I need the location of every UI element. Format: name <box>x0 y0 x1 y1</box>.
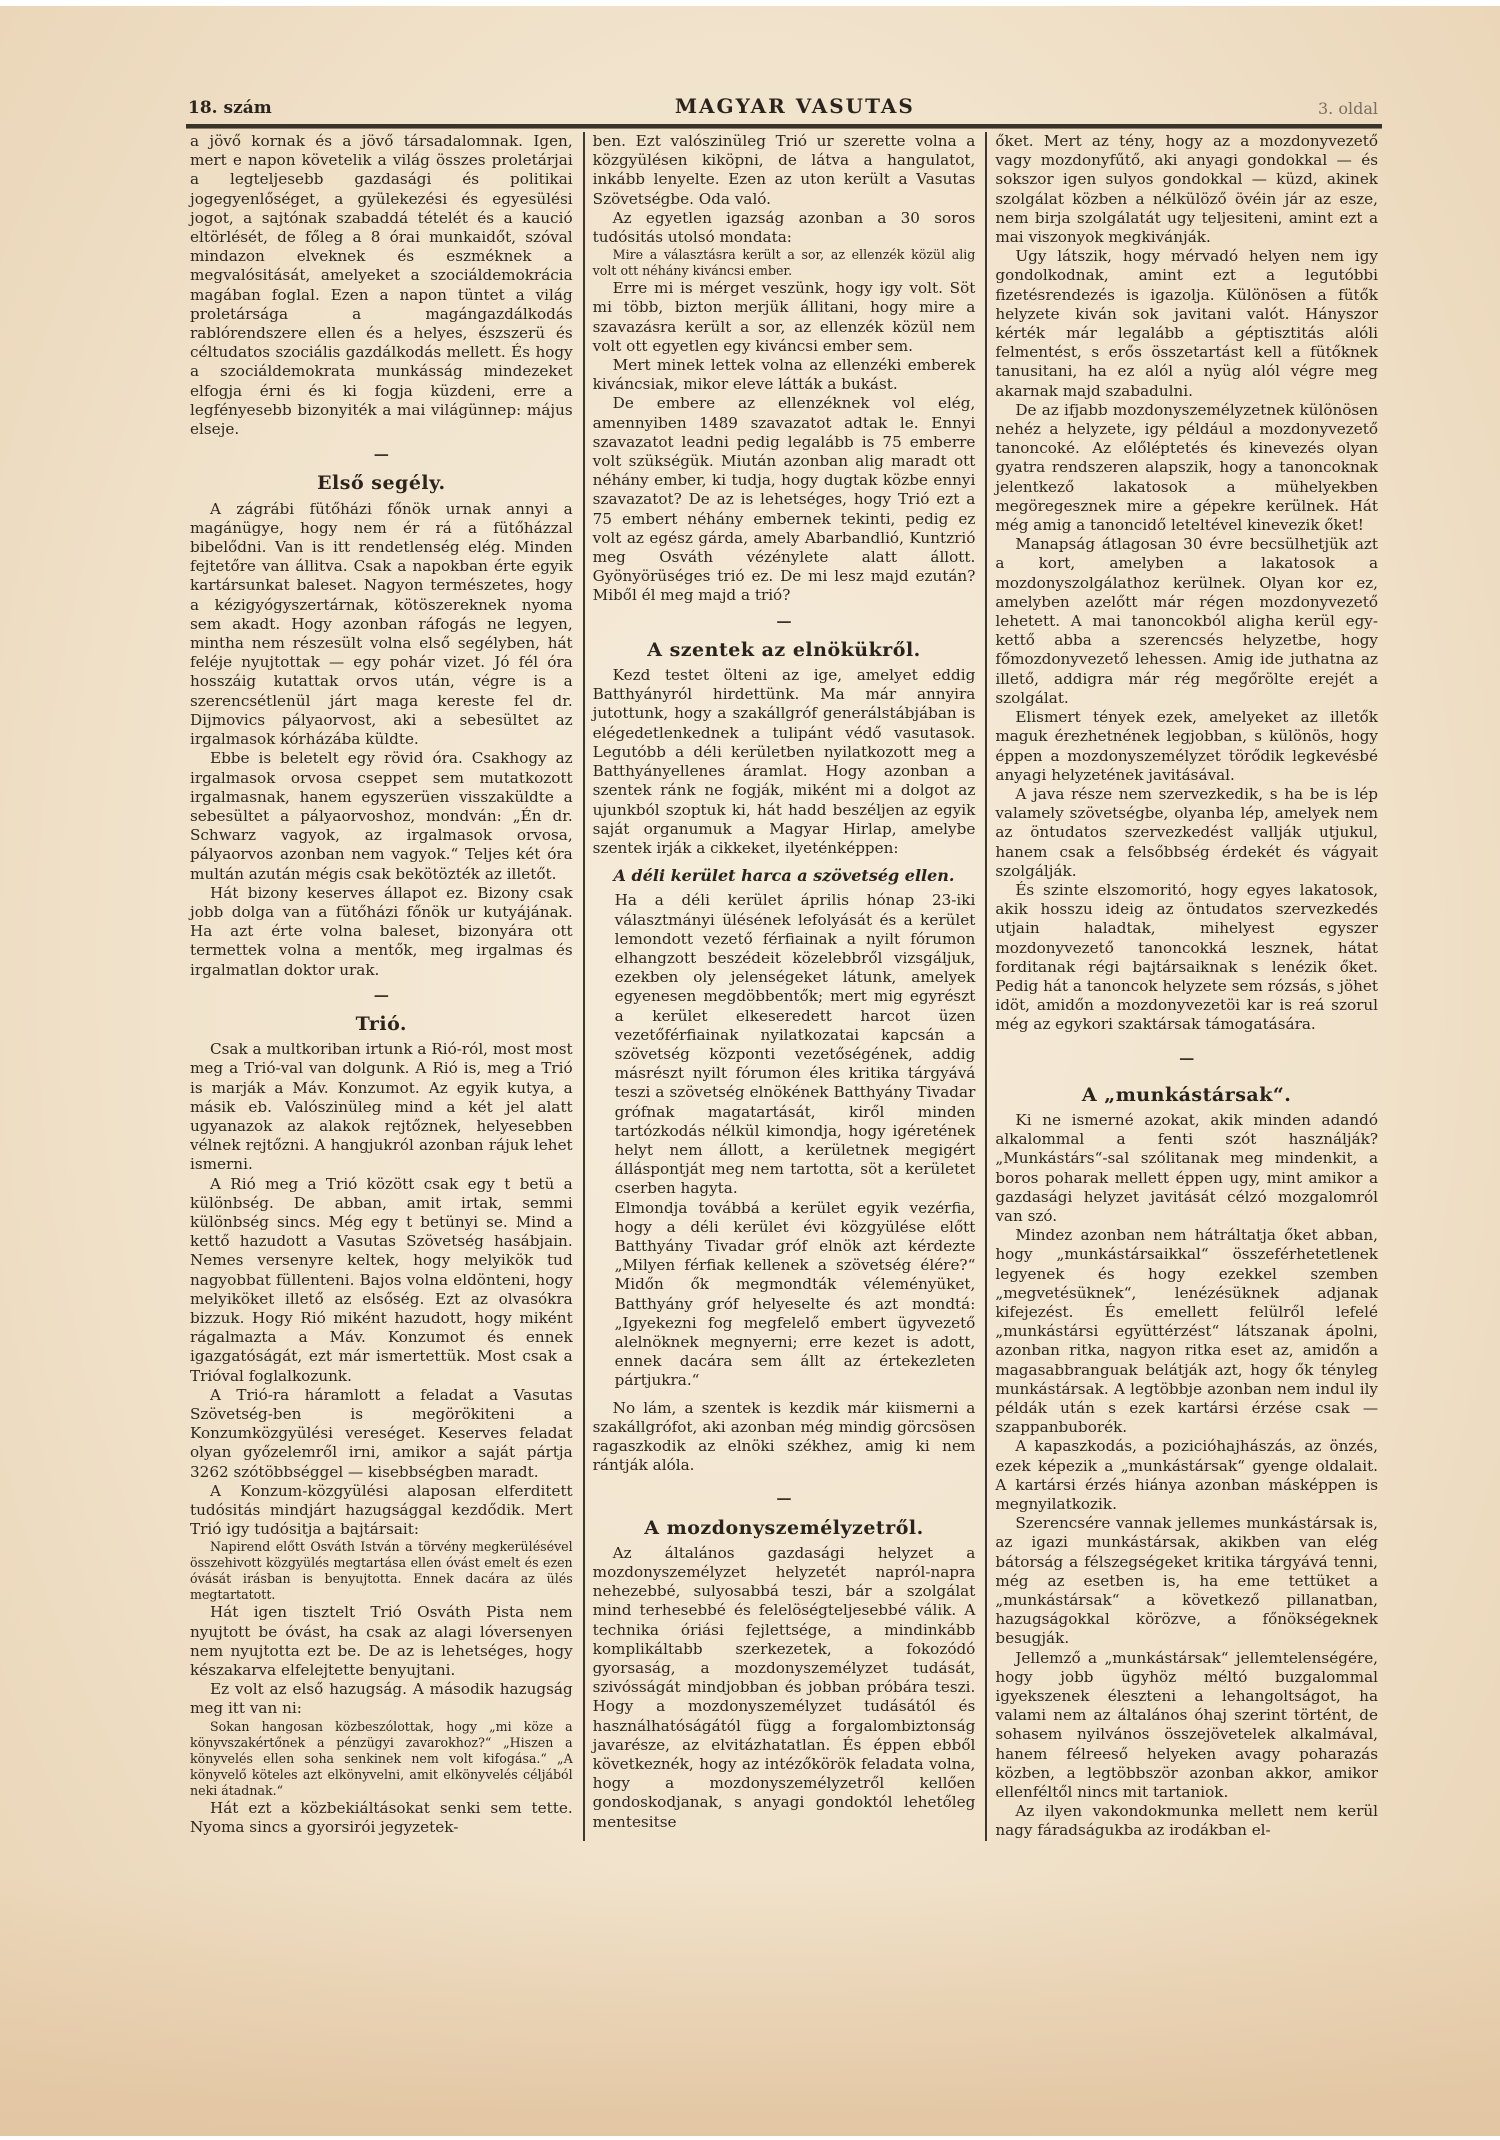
paragraph: a jövő kornak és a jövő társadalomnak. I… <box>190 132 573 439</box>
paragraph: De embere az ellenzéknek vol elég, amenn… <box>593 394 976 605</box>
paragraph: Elmondja továbbá a kerület egyik vezérfi… <box>593 1199 976 1391</box>
paragraph: Csak a multkoriban irtunk a Rió-ról, mos… <box>190 1040 573 1174</box>
paragraph: És szinte elszomoritó, hogy egyes lakato… <box>995 881 1378 1035</box>
paragraph: Mindez azonban nem hátráltatja őket abba… <box>995 1226 1378 1437</box>
section-divider: — <box>190 445 573 464</box>
section-divider: — <box>593 1489 976 1508</box>
column-left: a jövő kornak és a jövő társadalomnak. I… <box>186 132 577 1841</box>
paragraph: Az általános gazdasági helyzet a mozdony… <box>593 1544 976 1832</box>
section-title-trio: Trió. <box>190 1015 573 1034</box>
section-divider: — <box>190 986 573 1005</box>
paragraph: Hát bizony keserves állapot ez. Bizony c… <box>190 884 573 980</box>
paragraph: Az ilyen vakondokmunka mellett nem kerül… <box>995 1802 1378 1840</box>
paragraph: De az ifjabb mozdonyszemélyzetnek különö… <box>995 401 1378 535</box>
paragraph: Erre mi is mérget veszünk, hogy igy volt… <box>593 279 976 356</box>
paragraph: őket. Mert az tény, hogy az a mozdonyvez… <box>995 132 1378 247</box>
block-quote: Mire a választásra került a sor, az elle… <box>593 247 976 279</box>
paragraph: Mert minek lettek volna az ellenzéki emb… <box>593 356 976 394</box>
paragraph: A Konzum-közgyülési alaposan elferditett… <box>190 1482 573 1540</box>
paragraph: Manapság átlagosan 30 évre becsülhetjük … <box>995 535 1378 708</box>
paragraph: Ki ne ismerné azokat, akik minden adandó… <box>995 1111 1378 1226</box>
header-rule <box>186 124 1382 129</box>
paragraph: Hát ezt a közbekiáltásokat senki sem tet… <box>190 1799 573 1837</box>
page-header: 18. szám MAGYAR VASUTAS 3. oldal <box>188 92 1378 118</box>
section-title-mozdonyszemelyzet: A mozdonyszemélyzetről. <box>593 1519 976 1538</box>
paragraph: Jellemző a „munkástársak“ jellemtelenség… <box>995 1649 1378 1803</box>
article-columns: a jövő kornak és a jövő társadalomnak. I… <box>186 132 1382 1841</box>
paragraph: A zágrábi fütőházi főnök urnak annyi a m… <box>190 500 573 750</box>
paragraph: A Trió-ra háramlott a feladat a Vasutas … <box>190 1386 573 1482</box>
column-right: őket. Mert az tény, hogy az a mozdonyvez… <box>985 132 1382 1841</box>
section-divider: — <box>995 1049 1378 1068</box>
paragraph: A Rió meg a Trió között csak egy t betü … <box>190 1175 573 1386</box>
paragraph: Szerencsére vannak jellemes munkástársak… <box>995 1514 1378 1648</box>
page-number: 3. oldal <box>1318 99 1378 118</box>
masthead-title: MAGYAR VASUTAS <box>675 94 915 118</box>
paragraph: No lám, a szentek is kezdik már kiismern… <box>593 1399 976 1476</box>
quoted-article: Ha a déli kerület április hónap 23-iki v… <box>593 891 976 1390</box>
paragraph: Elismert tények ezek, amelyeket az illet… <box>995 708 1378 785</box>
paragraph: ben. Ezt valószinüleg Trió ur szerette v… <box>593 132 976 209</box>
paragraph: Ez volt az első hazugság. A második hazu… <box>190 1680 573 1718</box>
quoted-article-heading: A déli kerület harca a szövetség ellen. <box>593 866 976 885</box>
paragraph: A java része nem szervezkedik, s ha be i… <box>995 785 1378 881</box>
section-title-elso-segely: Első segély. <box>190 474 573 493</box>
issue-number: 18. szám <box>188 98 272 118</box>
paragraph: Hát igen tisztelt Trió Osváth Pista nem … <box>190 1603 573 1680</box>
paragraph: Az egyetlen igazság azonban a 30 soros t… <box>593 209 976 247</box>
paragraph: Ha a déli kerület április hónap 23-iki v… <box>593 891 976 1198</box>
block-quote: Sokan hangosan közbeszólottak, hogy „mi … <box>190 1719 573 1799</box>
section-title-szentek: A szentek az elnökükről. <box>593 641 976 660</box>
paragraph: A kapaszkodás, a pozicióhajhászás, az ön… <box>995 1437 1378 1514</box>
section-title-munkastarsak: A „munkástársak“. <box>995 1086 1378 1105</box>
block-quote: Napirend előtt Osváth István a törvény m… <box>190 1539 573 1603</box>
paragraph: Ebbe is beletelt egy rövid óra. Csakhogy… <box>190 749 573 883</box>
newspaper-page: 18. szám MAGYAR VASUTAS 3. oldal a jövő … <box>0 6 1500 2136</box>
section-divider: — <box>593 612 976 631</box>
column-middle: ben. Ezt valószinüleg Trió ur szerette v… <box>583 132 980 1841</box>
paragraph: Ugy látszik, hogy mérvadó helyen nem igy… <box>995 247 1378 401</box>
paragraph: Kezd testet ölteni az ige, amelyet eddig… <box>593 666 976 858</box>
